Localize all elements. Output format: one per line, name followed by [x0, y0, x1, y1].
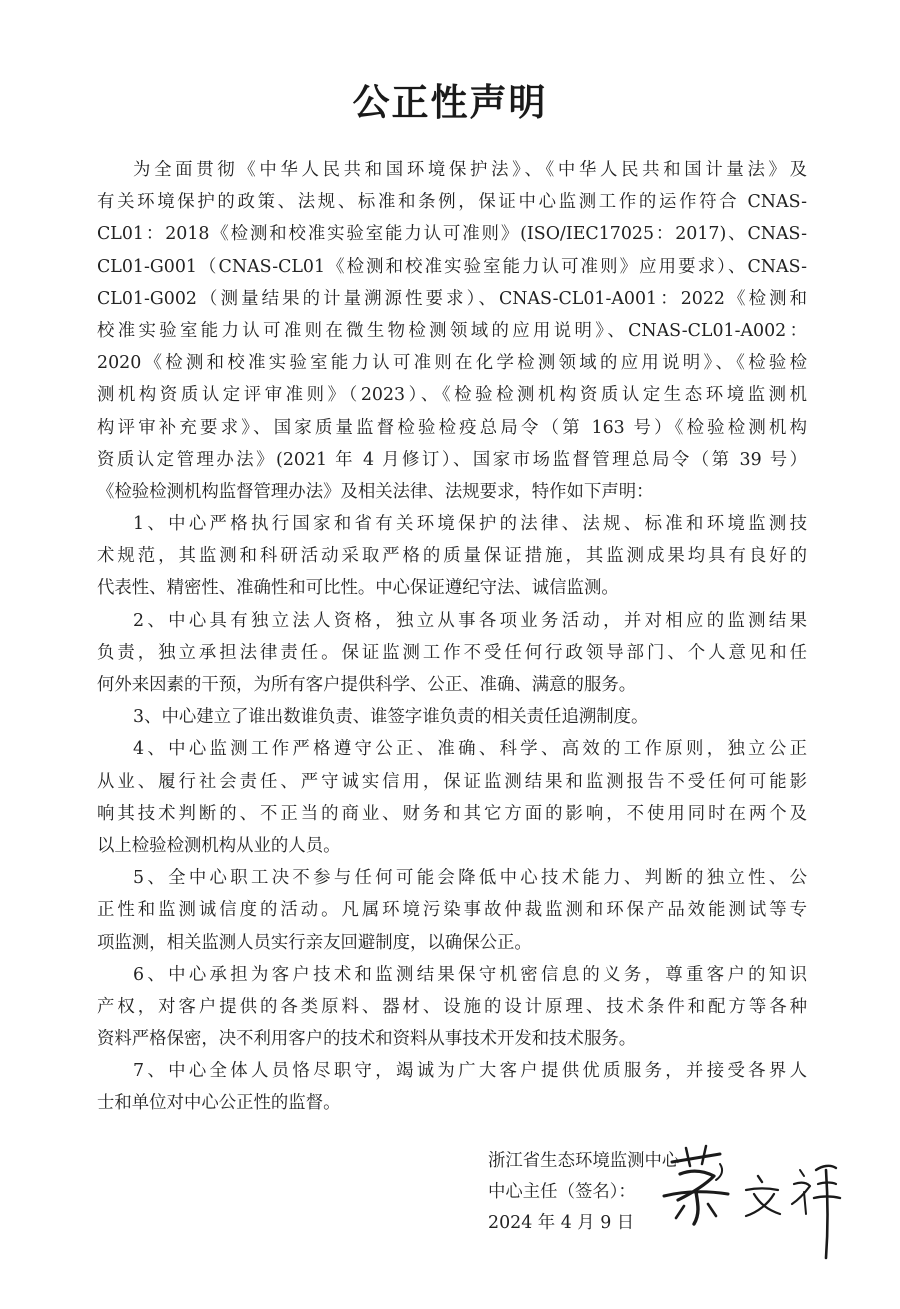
text-line: CL01-G002（测量结果的计量溯源性要求）、CNAS-CL01-A001：2…: [97, 283, 807, 315]
text-line: 2020《检测和校准实验室能力认可准则在化学检测领域的应用说明》、《检验检: [97, 347, 807, 379]
text-line: 响其技术判断的、不正当的商业、财务和其它方面的影响，不使用同时在两个及: [97, 798, 807, 830]
document-body: 为全面贯彻《中华人民共和国环境保护法》、《中华人民共和国计量法》及 有关环境保护…: [97, 154, 807, 1120]
text-line: 7、中心全体人员恪尽职守，竭诚为广大客户提供优质服务，并接受各界人: [97, 1055, 807, 1087]
text-line: CL01：2018《检测和校准实验室能力认可准则》(ISO/IEC17025：2…: [97, 218, 807, 250]
text-line: 项监测，相关监测人员实行亲友回避制度，以确保公正。: [97, 927, 807, 959]
declaration-item-7: 7、中心全体人员恪尽职守，竭诚为广大客户提供优质服务，并接受各界人 士和单位对中…: [97, 1055, 807, 1119]
text-line: 6、中心承担为客户技术和监测结果保守机密信息的义务，尊重客户的知识: [97, 959, 807, 991]
declaration-item-6: 6、中心承担为客户技术和监测结果保守机密信息的义务，尊重客户的知识 产权，对客户…: [97, 959, 807, 1056]
text-line: 为全面贯彻《中华人民共和国环境保护法》、《中华人民共和国计量法》及: [97, 154, 807, 186]
text-line: 有关环境保护的政策、法规、标准和条例，保证中心监测工作的运作符合 CNAS-: [97, 186, 807, 218]
text-line: 测机构资质认定评审准则》（2023）、《检验检测机构资质认定生态环境监测机: [97, 379, 807, 411]
text-line: 4、中心监测工作严格遵守公正、准确、科学、高效的工作原则，独立公正: [97, 733, 807, 765]
text-line: CL01-G001（CNAS-CL01《检测和校准实验室能力认可准则》应用要求）…: [97, 251, 807, 283]
text-line: 代表性、精密性、准确性和可比性。中心保证遵纪守法、诚信监测。: [97, 572, 807, 604]
declaration-item-1: 1、中心严格执行国家和省有关环境保护的法律、法规、标准和环境监测技 术规范，其监…: [97, 508, 807, 605]
text-line: 正性和监测诚信度的活动。凡属环境污染事故仲裁监测和环保产品效能测试等专: [97, 894, 807, 926]
text-line: 《检验检测机构监督管理办法》及相关法律、法规要求，特作如下声明：: [97, 476, 807, 508]
text-line: 5、全中心职工决不参与任何可能会降低中心技术能力、判断的独立性、公: [97, 862, 807, 894]
document-title: 公正性声明: [0, 72, 900, 126]
text-line: 资质认定管理办法》(2021 年 4 月修订）、国家市场监督管理总局令（第 39…: [97, 444, 807, 476]
text-line: 产权，对客户提供的各类原料、器材、设施的设计原理、技术条件和配方等各种: [97, 991, 807, 1023]
text-line: 从业、履行社会责任、严守诚实信用，保证监测结果和监测报告不受任何可能影: [97, 766, 807, 798]
text-line: 3、中心建立了谁出数谁负责、谁签字谁负责的相关责任追溯制度。: [97, 701, 807, 733]
text-line: 1、中心严格执行国家和省有关环境保护的法律、法规、标准和环境监测技: [97, 508, 807, 540]
text-line: 术规范，其监测和科研活动采取严格的质量保证措施，其监测成果均具有良好的: [97, 540, 807, 572]
text-line: 士和单位对中心公正性的监督。: [97, 1087, 807, 1119]
text-line: 负责，独立承担法律责任。保证监测工作不受任何行政领导部门、个人意见和任: [97, 637, 807, 669]
text-line: 构评审补充要求》、国家质量监督检验检疫总局令（第 163 号）《检验检测机构: [97, 412, 807, 444]
text-line: 何外来因素的干预，为所有客户提供科学、公正、准确、满意的服务。: [97, 669, 807, 701]
declaration-item-4: 4、中心监测工作严格遵守公正、准确、科学、高效的工作原则，独立公正 从业、履行社…: [97, 733, 807, 862]
handwritten-signature-icon: [650, 1140, 850, 1260]
text-line: 校准实验室能力认可准则在微生物检测领域的应用说明》、CNAS-CL01-A002…: [97, 315, 807, 347]
text-line: 资料严格保密，决不利用客户的技术和资料从事技术开发和技术服务。: [97, 1023, 807, 1055]
declaration-item-3: 3、中心建立了谁出数谁负责、谁签字谁负责的相关责任追溯制度。: [97, 701, 807, 733]
declaration-item-5: 5、全中心职工决不参与任何可能会降低中心技术能力、判断的独立性、公 正性和监测诚…: [97, 862, 807, 959]
text-line: 以上检验检测机构从业的人员。: [97, 830, 807, 862]
declaration-item-2: 2、中心具有独立法人资格，独立从事各项业务活动，并对相应的监测结果 负责，独立承…: [97, 605, 807, 702]
intro-paragraph: 为全面贯彻《中华人民共和国环境保护法》、《中华人民共和国计量法》及 有关环境保护…: [97, 154, 807, 508]
document-page: 公正性声明 为全面贯彻《中华人民共和国环境保护法》、《中华人民共和国计量法》及 …: [0, 0, 900, 1309]
text-line: 2、中心具有独立法人资格，独立从事各项业务活动，并对相应的监测结果: [97, 605, 807, 637]
